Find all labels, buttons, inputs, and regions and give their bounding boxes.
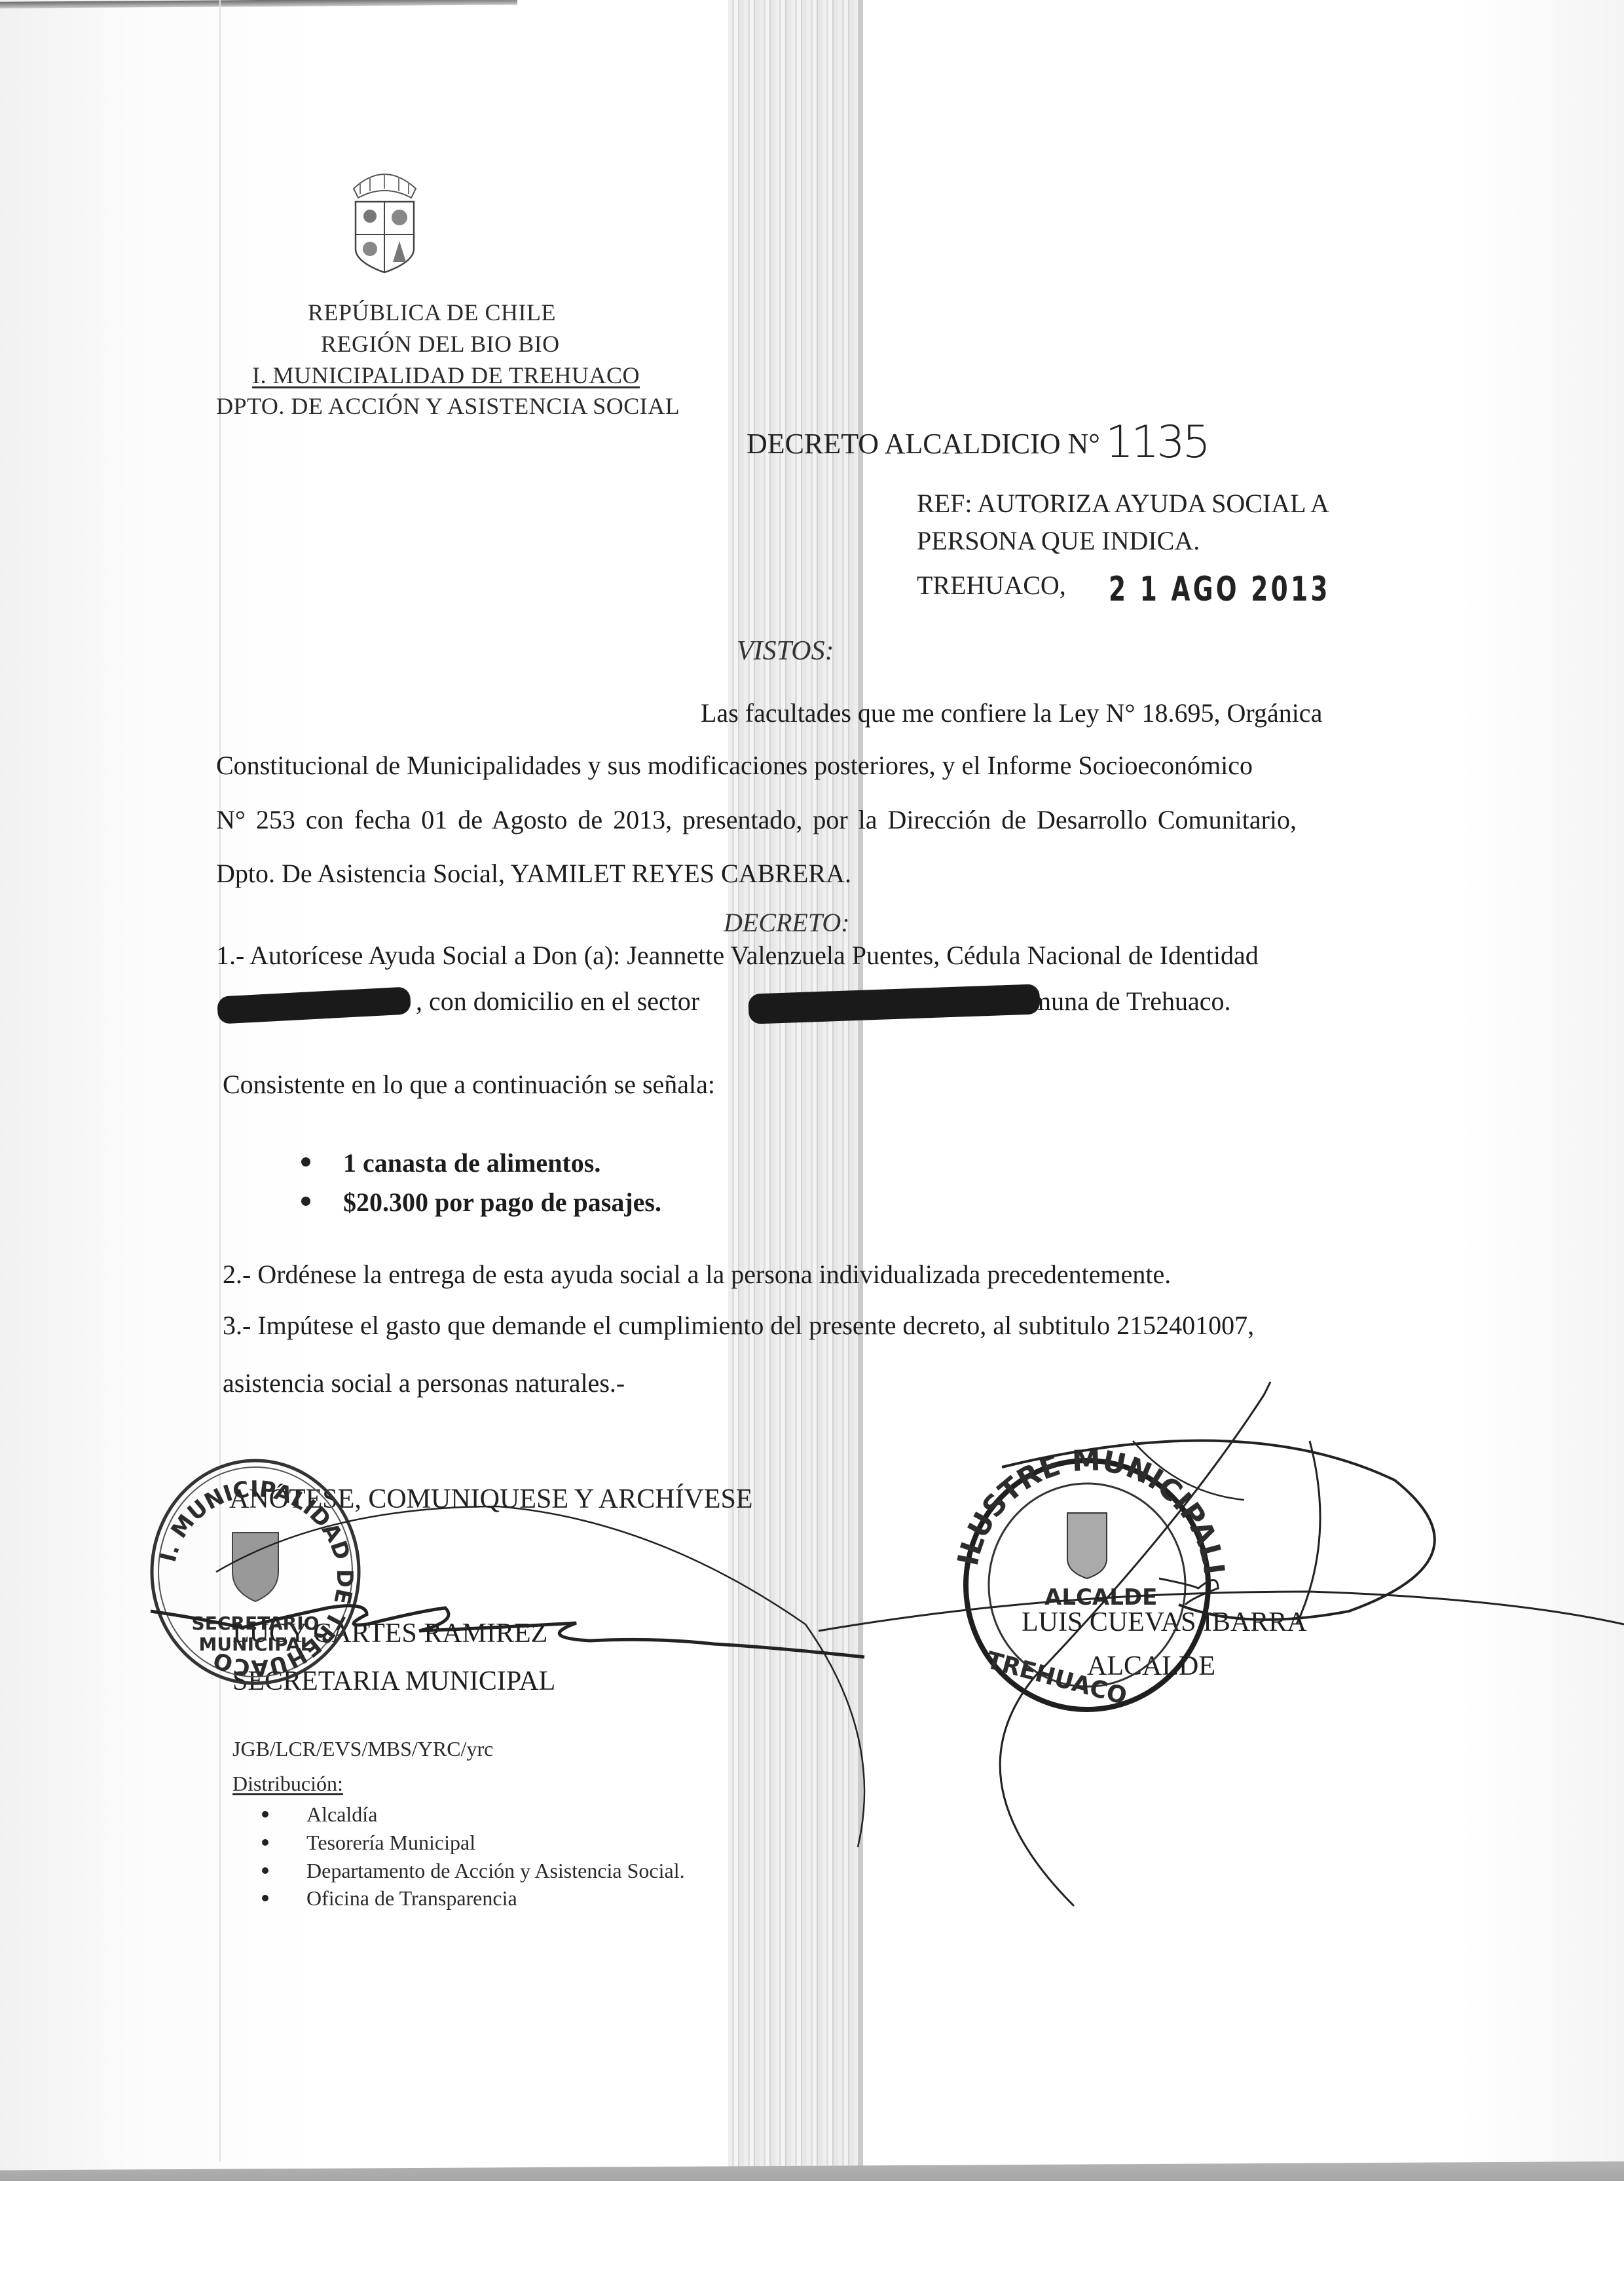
- header-country: REPÚBLICA DE CHILE: [308, 298, 556, 327]
- distribution-item: Departamento de Acción y Asistencia Soci…: [262, 1859, 685, 1883]
- secretary-name: LUCY CARTES RAMIREZ: [232, 1618, 547, 1649]
- decree-item-2: 2.- Ordénese la entrega de esta ayuda so…: [223, 1259, 1171, 1290]
- benefit-item: $20.300 por pago de pasajes.: [301, 1187, 661, 1218]
- closing-formula: ANÓTESE, COMUNIQUESE Y ARCHÍVESE: [229, 1483, 753, 1515]
- mayor-role: ALCALDE: [1087, 1651, 1215, 1682]
- distribution-item: Oficina de Transparencia: [262, 1886, 517, 1911]
- header-municipality: I. MUNICIPALIDAD DE TREHUACO: [252, 361, 640, 390]
- bullet-icon: [262, 1811, 268, 1818]
- place: TREHUACO,: [917, 570, 1066, 600]
- consisting-text: Consistente en lo que a continuación se …: [223, 1069, 715, 1100]
- benefit-item: 1 canasta de alimentos.: [301, 1147, 600, 1178]
- bullet-icon: [262, 1839, 268, 1846]
- benefit-text: $20.300 por pago de pasajes.: [343, 1187, 661, 1217]
- header-department: DPTO. DE ACCIÓN Y ASISTENCIA SOCIAL: [216, 392, 680, 420]
- scan-gutter-band: [728, 0, 863, 2168]
- reference-line-2: PERSONA QUE INDICA.: [917, 525, 1200, 556]
- bullet-icon: [262, 1867, 268, 1874]
- benefit-text: 1 canasta de alimentos.: [343, 1148, 600, 1178]
- decree-item-3-cont: asistencia social a personas naturales.-: [223, 1368, 625, 1398]
- vistos-line: Dpto. De Asistencia Social, YAMILET REYE…: [216, 858, 851, 889]
- vistos-line: Constitucional de Municipalidades y sus …: [216, 750, 1253, 781]
- reference-codes: JGB/LCR/EVS/MBS/YRC/yrc: [232, 1737, 493, 1761]
- date-stamp: 2 1 AGO 2013: [1109, 570, 1331, 609]
- bullet-icon: [301, 1157, 310, 1166]
- scan-margin-line: [219, 0, 221, 2161]
- address-prefix: , con domicilio en el sector: [416, 986, 699, 1016]
- coat-of-arms-icon: [334, 164, 435, 275]
- decree-title-label: DECRETO ALCALDICIO N°: [747, 428, 1100, 460]
- distribution-item: Tesorería Municipal: [262, 1831, 475, 1855]
- distribution-heading: Distribución:: [232, 1772, 343, 1796]
- header-region: REGIÓN DEL BIO BIO: [321, 329, 560, 358]
- vistos-line: N° 253 con fecha 01 de Agosto de 2013, p…: [216, 804, 1297, 835]
- decree-number: 1135: [1105, 417, 1208, 468]
- vistos-heading: VISTOS:: [737, 635, 834, 667]
- decreto-heading: DECRETO:: [724, 907, 850, 938]
- reference-line-1: REF: AUTORIZA AYUDA SOCIAL A: [917, 488, 1329, 519]
- mayor-name: LUIS CUEVAS IBARRA: [1022, 1607, 1307, 1638]
- decree-item-3: 3.- Impútese el gasto que demande el cum…: [223, 1310, 1254, 1341]
- bullet-icon: [301, 1197, 310, 1206]
- vistos-line: Las facultades que me confiere la Ley N°…: [701, 698, 1322, 728]
- place-date: TREHUACO,2 1 AGO 2013: [917, 563, 1416, 603]
- decree-title: DECRETO ALCALDICIO N°1135: [747, 413, 1208, 464]
- secretary-role: SECRETARIA MUNICIPAL: [232, 1666, 555, 1697]
- decree-item-1: 1.- Autorícese Ayuda Social a Don (a): J…: [216, 940, 1259, 971]
- bullet-icon: [262, 1895, 268, 1901]
- distribution-item: Alcaldía: [262, 1802, 377, 1827]
